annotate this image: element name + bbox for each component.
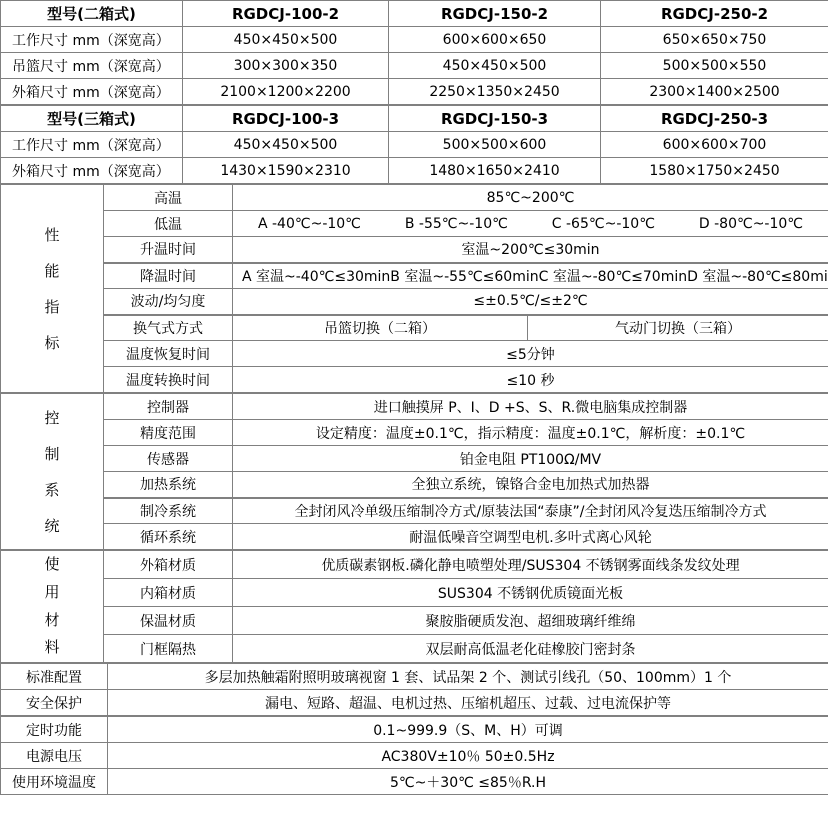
general-row-label: 定时功能 [1,717,108,743]
general-value: 漏电、短路、超温、电机过热、压缩机超压、过载、过电流保护等 [108,690,828,716]
spec-value: 2100×1200×2200 [183,79,389,105]
perf-row-label: 温度恢复时间 [104,341,233,367]
spec-value: 1580×1750×2450 [601,158,828,184]
model-header-label: 型号(二箱式) [1,1,183,27]
low-temp-option: D -80℃~-10℃ [699,216,803,232]
material-value: 聚胺脂硬质发泡、超细玻璃纤维绵 [233,607,828,635]
model-name: RGDCJ-100-2 [183,1,389,27]
perf-row-fluctuation: 波动/均匀度 ≤±0.5℃/≤±2℃ [1,289,828,315]
general-row: 使用环境温度 5℃~＋30℃ ≤85％R.H [1,769,828,795]
perf-row-label: 高温 [104,185,233,211]
perf-value: ≤±0.5℃/≤±2℃ [233,289,828,315]
control-value: 全独立系统，镍铬合金电加热式加热器 [233,472,828,498]
general-value: 5℃~＋30℃ ≤85％R.H [108,769,828,795]
general-row: 标准配置 多层加热触霜附照明玻璃视窗 1 套、试品架 2 个、测试引线孔（50、… [1,664,828,690]
control-row: 循环系统 耐温低噪音空调型电机.多叶式离心风轮 [1,524,828,550]
low-temp-options: A -40℃~-10℃ B -55℃~-10℃ C -65℃~-10℃ D -8… [236,216,825,232]
control-row: 传感器 铂金电阻 PT100Ω/MV [1,446,828,472]
material-value: 双层耐高低温老化硅橡胶门密封条 [233,635,828,663]
model-name: RGDCJ-150-3 [389,106,601,132]
material-value: SUS304 不锈钢优质镜面光板 [233,579,828,607]
control-value: 铂金电阻 PT100Ω/MV [233,446,828,472]
perf-row-transition: 温度转换时间 ≤10 秒 [1,367,828,393]
spec-table-three-box: 型号(三箱式) RGDCJ-100-3 RGDCJ-150-3 RGDCJ-25… [0,105,828,184]
spec-value: 500×500×600 [389,132,601,158]
control-row-label: 精度范围 [104,420,233,446]
control-row: 加热系统 全独立系统，镍铬合金电加热式加热器 [1,472,828,498]
spec-row: 外箱尺寸 mm（深宽高） 2100×1200×2200 2250×1350×24… [1,79,828,105]
general-section-a: 标准配置 多层加热触霜附照明玻璃视窗 1 套、试品架 2 个、测试引线孔（50、… [0,663,828,716]
materials-section-label: 使用材料 [1,551,104,663]
perf-row-exchange: 换气式方式 吊篮切换（二箱） 气动门切换（三箱） [1,315,828,341]
general-row: 电源电压 AC380V±10％ 50±0.5Hz [1,743,828,769]
perf-row-high-temp: 性能指标 高温 85℃~200℃ [1,185,828,211]
model-name: RGDCJ-250-2 [601,1,828,27]
model-name: RGDCJ-250-3 [601,106,828,132]
spec-value: 1430×1590×2310 [183,158,389,184]
model-name: RGDCJ-100-3 [183,106,389,132]
cool-time-option: D 室温~-80℃≤80min [687,266,828,286]
control-row-label: 制冷系统 [104,498,233,524]
perf-value: 85℃~200℃ [233,185,828,211]
general-value: 0.1~999.9（S、M、H）可调 [108,717,828,743]
perf-row-label: 低温 [104,211,233,237]
model-name: RGDCJ-150-2 [389,1,601,27]
perf-row-cool-time: 降温时间 A 室温~-40℃≤30min B 室温~-55℃≤60min C 室… [1,263,828,289]
spec-value: 650×650×750 [601,27,828,53]
spec-value: 500×500×550 [601,53,828,79]
perf-row-label: 降温时间 [104,263,233,289]
spec-value: 2300×1400×2500 [601,79,828,105]
control-row: 精度范围 设定精度：温度±0.1℃，指示精度：温度±0.1℃，解析度：±0.1℃ [1,420,828,446]
material-row-label: 外箱材质 [104,551,233,579]
general-row-label: 安全保护 [1,690,108,716]
low-temp-option: B -55℃~-10℃ [405,216,508,232]
material-row: 使用材料 外箱材质 优质碳素钢板.磷化静电喷塑处理/SUS304 不锈钢雾面线条… [1,551,828,579]
general-row: 安全保护 漏电、短路、超温、电机过热、压缩机超压、过载、过电流保护等 [1,690,828,716]
material-row: 保温材质 聚胺脂硬质发泡、超细玻璃纤维绵 [1,607,828,635]
perf-value: A 室温~-40℃≤30min B 室温~-55℃≤60min C 室温~-80… [233,263,828,289]
general-section-b: 定时功能 0.1~999.9（S、M、H）可调 电源电压 AC380V±10％ … [0,716,828,795]
spec-row-label: 外箱尺寸 mm（深宽高） [1,79,183,105]
material-row: 门框隔热 双层耐高低温老化硅橡胶门密封条 [1,635,828,663]
spec-row-label: 工作尺寸 mm（深宽高） [1,27,183,53]
general-row-label: 使用环境温度 [1,769,108,795]
perf-row-label: 温度转换时间 [104,367,233,393]
spec-row-label: 吊篮尺寸 mm（深宽高） [1,53,183,79]
perf-value: A -40℃~-10℃ B -55℃~-10℃ C -65℃~-10℃ D -8… [233,211,828,237]
material-row: 内箱材质 SUS304 不锈钢优质镜面光板 [1,579,828,607]
perf-row-label: 波动/均匀度 [104,289,233,315]
control-row-label: 传感器 [104,446,233,472]
spec-row: 工作尺寸 mm（深宽高） 450×450×500 600×600×650 650… [1,27,828,53]
perf-value: ≤10 秒 [233,367,828,393]
spec-table-two-box: 型号(二箱式) RGDCJ-100-2 RGDCJ-150-2 RGDCJ-25… [0,0,828,105]
perf-row-low-temp: 低温 A -40℃~-10℃ B -55℃~-10℃ C -65℃~-10℃ D… [1,211,828,237]
material-row-label: 门框隔热 [104,635,233,663]
control-value: 耐温低噪音空调型电机.多叶式离心风轮 [233,524,828,550]
performance-section-label: 性能指标 [1,185,104,393]
model-header-row: 型号(三箱式) RGDCJ-100-3 RGDCJ-150-3 RGDCJ-25… [1,106,828,132]
material-value: 优质碳素钢板.磷化静电喷塑处理/SUS304 不锈钢雾面线条发纹处理 [233,551,828,579]
low-temp-option: C -65℃~-10℃ [552,216,655,232]
perf-value: ≤5分钟 [233,341,828,367]
perf-row-label: 升温时间 [104,237,233,263]
material-row-label: 保温材质 [104,607,233,635]
spec-value: 450×450×500 [389,53,601,79]
general-row: 定时功能 0.1~999.9（S、M、H）可调 [1,717,828,743]
perf-value-exchange-three-box: 气动门切换（三箱） [528,315,828,341]
general-value: AC380V±10％ 50±0.5Hz [108,743,828,769]
cool-time-option: A 室温~-40℃≤30min [242,266,390,286]
low-temp-option: A -40℃~-10℃ [258,216,361,232]
control-row-label: 循环系统 [104,524,233,550]
spec-row: 工作尺寸 mm（深宽高） 450×450×500 500×500×600 600… [1,132,828,158]
perf-row-heat-time: 升温时间 室温~200℃≤30min [1,237,828,263]
spec-value: 450×450×500 [183,27,389,53]
spec-value: 300×300×350 [183,53,389,79]
spec-value: 600×600×700 [601,132,828,158]
perf-value-exchange-two-box: 吊篮切换（二箱） [233,315,528,341]
materials-section: 使用材料 外箱材质 优质碳素钢板.磷化静电喷塑处理/SUS304 不锈钢雾面线条… [0,550,828,663]
control-row-label: 加热系统 [104,472,233,498]
general-row-label: 电源电压 [1,743,108,769]
spec-row-label: 外箱尺寸 mm（深宽高） [1,158,183,184]
perf-row-label: 换气式方式 [104,315,233,341]
spec-value: 450×450×500 [183,132,389,158]
performance-section: 性能指标 高温 85℃~200℃ 低温 A -40℃~-10℃ B -55℃~-… [0,184,828,393]
perf-row-recovery: 温度恢复时间 ≤5分钟 [1,341,828,367]
spec-value: 600×600×650 [389,27,601,53]
perf-value: 室温~200℃≤30min [233,237,828,263]
control-section: 控制系统 控制器 进口触摸屏 P、I、D +S、S、R.微电脑集成控制器 精度范… [0,393,828,550]
cool-time-options: A 室温~-40℃≤30min B 室温~-55℃≤60min C 室温~-80… [236,266,825,286]
control-value: 进口触摸屏 P、I、D +S、S、R.微电脑集成控制器 [233,394,828,420]
control-value: 全封闭风冷单级压缩制冷方式/原装法国“泰康”/全封闭风冷复迭压缩制冷方式 [233,498,828,524]
general-value: 多层加热触霜附照明玻璃视窗 1 套、试品架 2 个、测试引线孔（50、100mm… [108,664,828,690]
spec-row-label: 工作尺寸 mm（深宽高） [1,132,183,158]
control-row: 制冷系统 全封闭风冷单级压缩制冷方式/原装法国“泰康”/全封闭风冷复迭压缩制冷方… [1,498,828,524]
spec-sheet: 型号(二箱式) RGDCJ-100-2 RGDCJ-150-2 RGDCJ-25… [0,0,828,795]
general-row-label: 标准配置 [1,664,108,690]
cool-time-option: B 室温~-55℃≤60min [390,266,538,286]
spec-row: 吊篮尺寸 mm（深宽高） 300×300×350 450×450×500 500… [1,53,828,79]
control-section-label: 控制系统 [1,394,104,550]
control-value: 设定精度：温度±0.1℃，指示精度：温度±0.1℃，解析度：±0.1℃ [233,420,828,446]
material-row-label: 内箱材质 [104,579,233,607]
control-row-label: 控制器 [104,394,233,420]
cool-time-option: C 室温~-80℃≤70min [539,266,688,286]
control-row: 控制系统 控制器 进口触摸屏 P、I、D +S、S、R.微电脑集成控制器 [1,394,828,420]
spec-value: 1480×1650×2410 [389,158,601,184]
spec-value: 2250×1350×2450 [389,79,601,105]
spec-row: 外箱尺寸 mm（深宽高） 1430×1590×2310 1480×1650×24… [1,158,828,184]
model-header-label: 型号(三箱式) [1,106,183,132]
model-header-row: 型号(二箱式) RGDCJ-100-2 RGDCJ-150-2 RGDCJ-25… [1,1,828,27]
